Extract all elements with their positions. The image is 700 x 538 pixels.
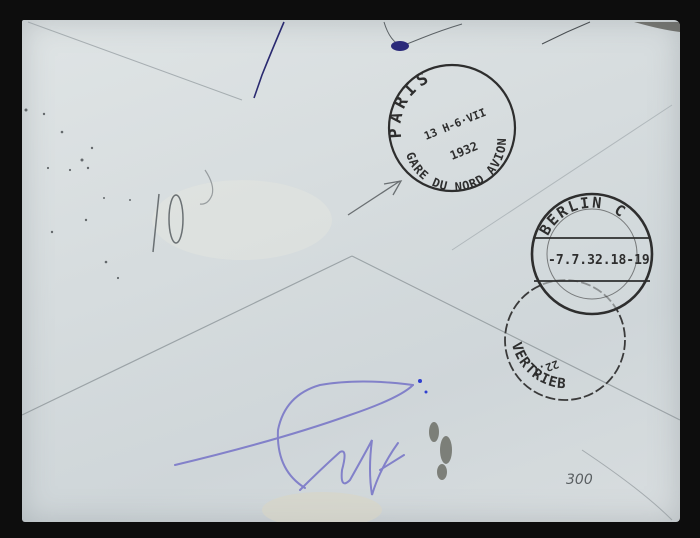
pencil-note-10: 10 <box>153 0 202 252</box>
paris-year: 1932 <box>448 139 480 163</box>
paris-postmark: PARIS GARE DU NORD AVION 13 H -6·VII 193… <box>385 65 515 194</box>
paris-date: -6·VII <box>446 106 488 133</box>
berlin-date: -7.7.32.18-19 <box>548 253 650 268</box>
markings-layer: PARIS GARE DU NORD AVION 13 H -6·VII 193… <box>0 0 700 538</box>
signature <box>175 382 413 496</box>
pencil-note-300: 300 <box>566 472 593 488</box>
berlin-postmark: BERLIN C -7.7.32.18-19 <box>532 193 652 314</box>
arrow-icon <box>348 181 401 215</box>
